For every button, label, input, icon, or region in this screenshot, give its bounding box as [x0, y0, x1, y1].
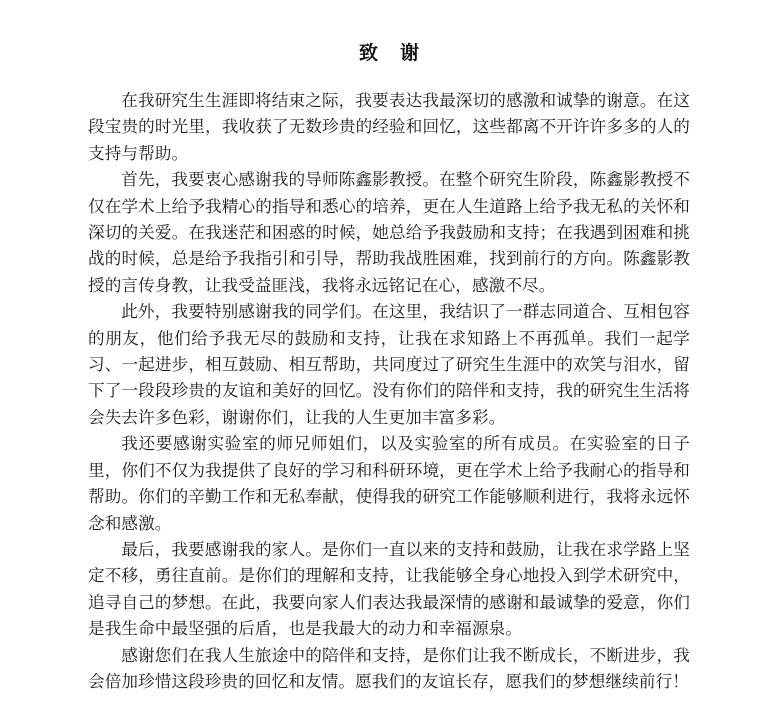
page-title: 致谢	[88, 38, 690, 65]
paragraph-lab: 我还要感谢实验室的师兄师姐们，以及实验室的所有成员。在实验室的日子里，你们不仅为…	[88, 431, 690, 537]
paragraph-classmates: 此外，我要特别感谢我的同学们。在这里，我结识了一群志同道合、互相包容的朋友，他们…	[88, 299, 690, 431]
paragraph-intro: 在我研究生生涯即将结束之际，我要表达我最深切的感激和诚挚的谢意。在这段宝贵的时光…	[88, 88, 690, 167]
paragraph-closing: 感谢您们在我人生旅途中的陪伴和支持，是你们让我不断成长，不断进步，我会倍加珍惜这…	[88, 643, 690, 696]
document-body: 在我研究生生涯即将结束之际，我要表达我最深切的感激和诚挚的谢意。在这段宝贵的时光…	[88, 88, 690, 695]
paragraph-family: 最后，我要感谢我的家人。是你们一直以来的支持和鼓励，让我在求学路上坚定不移，勇往…	[88, 537, 690, 643]
paragraph-advisor: 首先，我要衷心感谢我的导师陈鑫影教授。在整个研究生阶段，陈鑫影教授不仅在学术上给…	[88, 167, 690, 299]
